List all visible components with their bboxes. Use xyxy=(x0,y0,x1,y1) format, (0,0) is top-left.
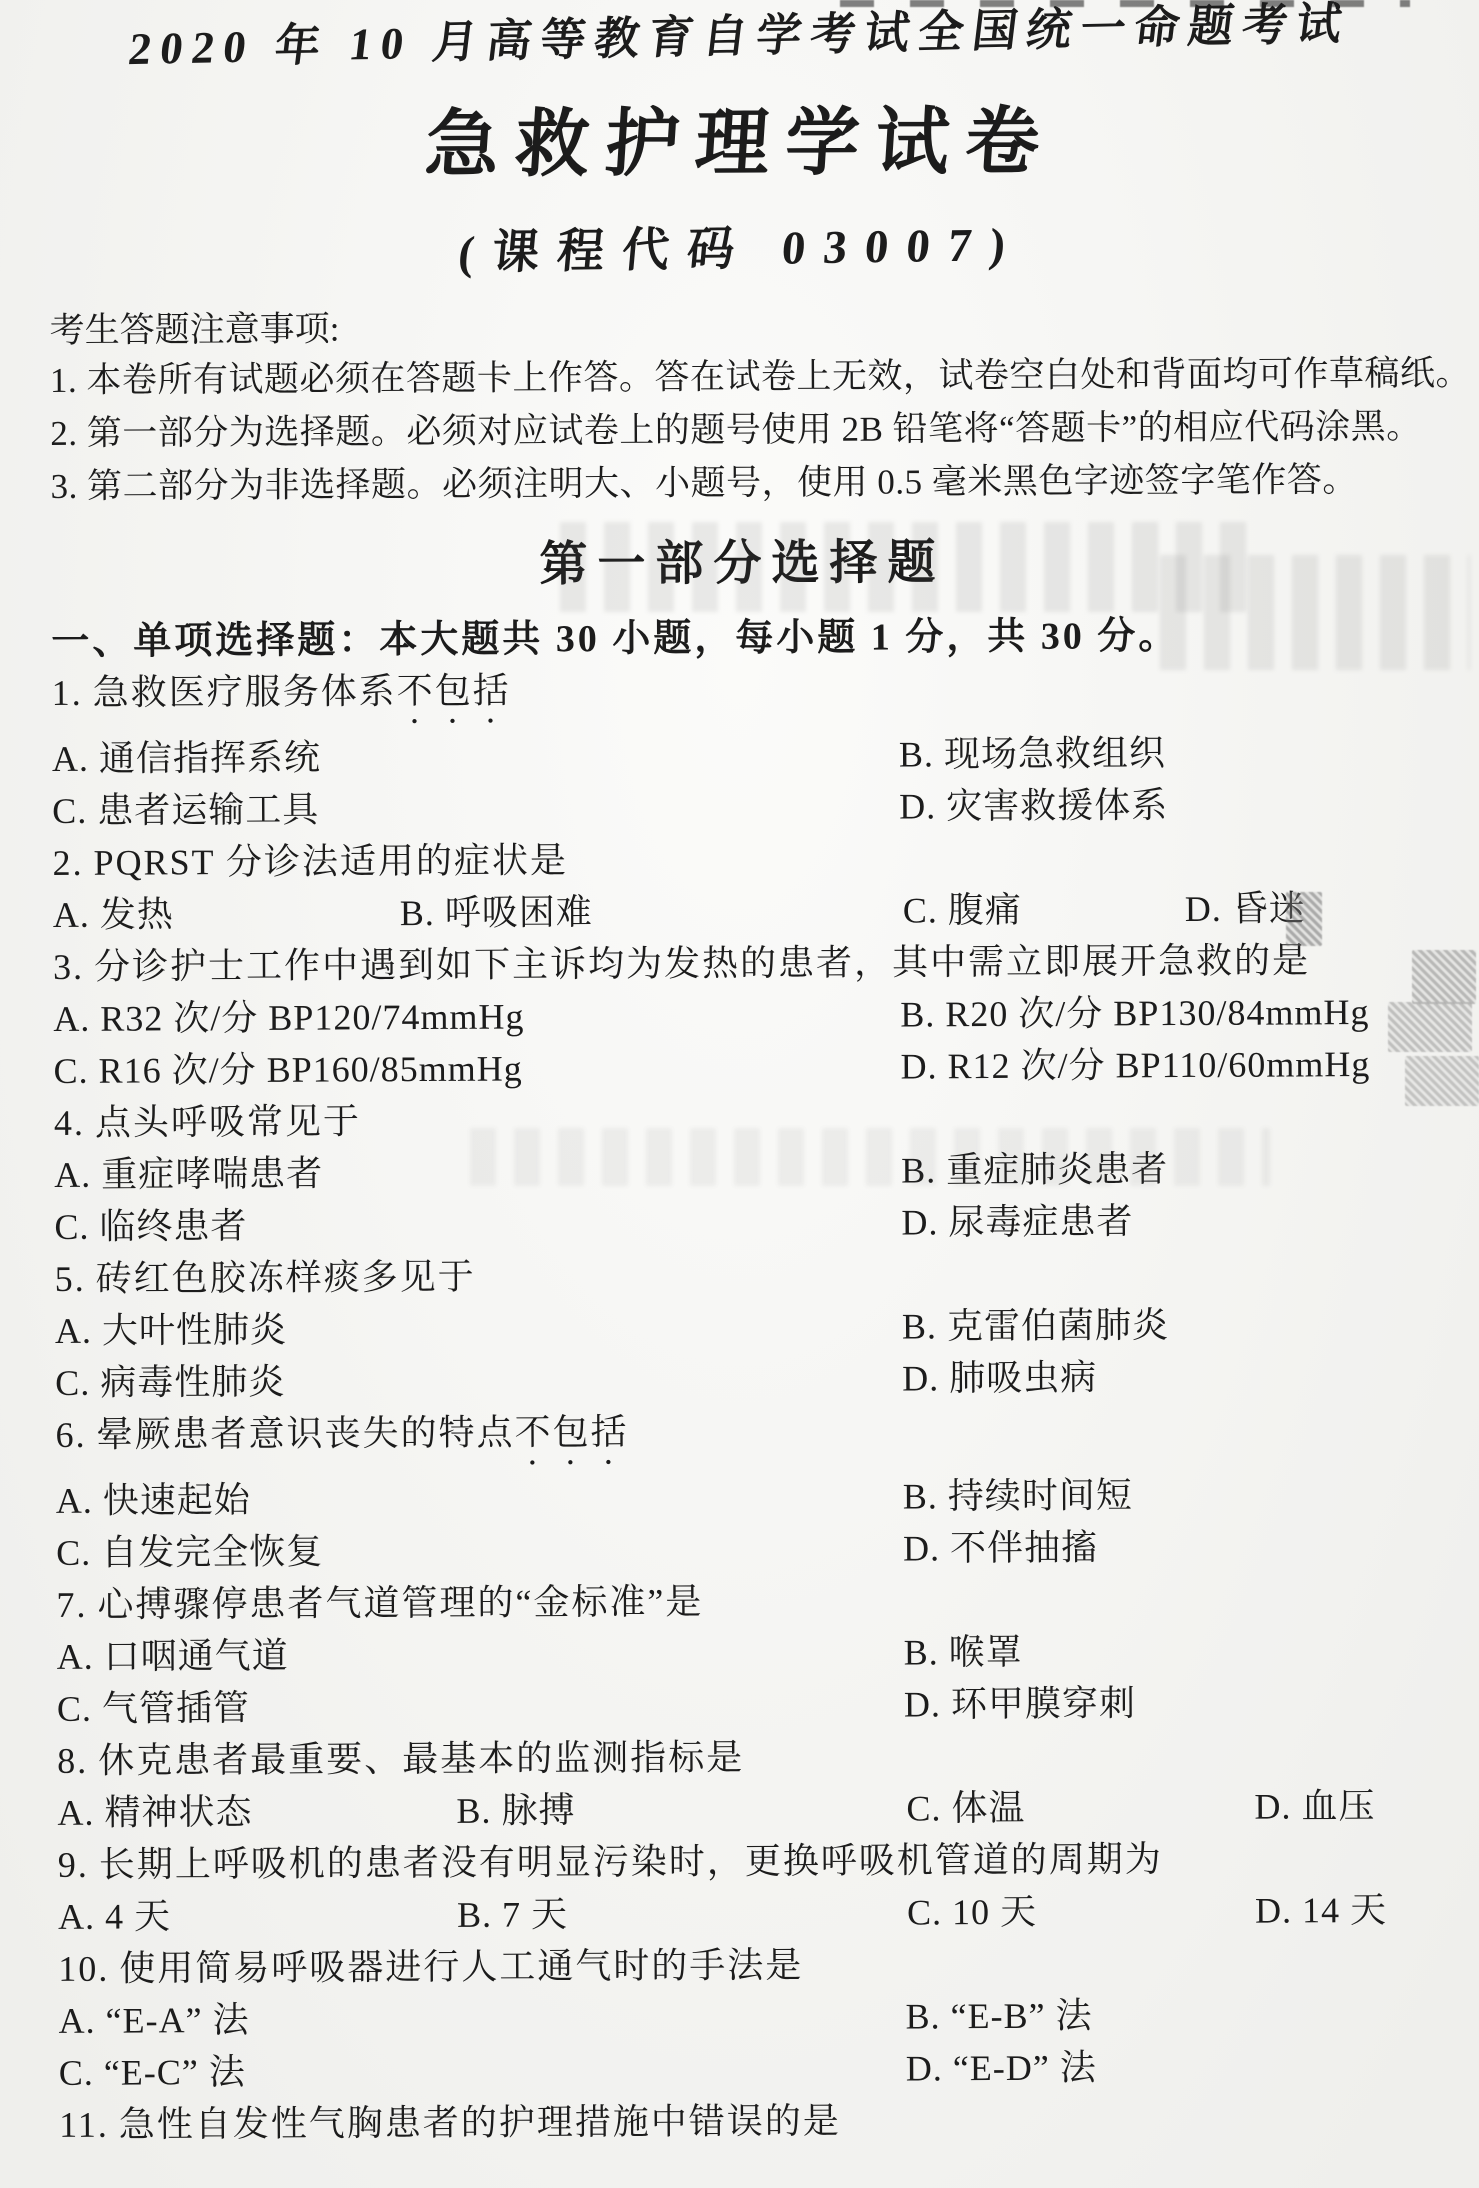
option-text: 精神状态 xyxy=(104,1792,252,1833)
option-a: A.R32 次/分 BP120/74mmHg xyxy=(53,990,524,1044)
question-text-run: PQRST 分诊法适用的症状是 xyxy=(93,840,568,882)
option-text: 自发完全恢复 xyxy=(101,1532,323,1573)
option-a: A.“E-A” 法 xyxy=(58,1994,249,2047)
exam-paper-page: 2020 年 10 月高等教育自学考试全国统一命题考试 急救护理学试卷 (课程代… xyxy=(0,0,1479,2188)
option-text: 昏迷 xyxy=(1232,888,1306,928)
option-label: D. xyxy=(904,1684,941,1724)
option-label: A. xyxy=(54,1155,91,1195)
question-11-text: 11.急性自发性气胸患者的护理措施中错误的是 xyxy=(11,2091,1479,2151)
option-text: 重症哮喘患者 xyxy=(101,1154,323,1195)
option-c: C.病毒性肺炎 xyxy=(55,1356,285,1409)
option-d: D.昏迷 xyxy=(1185,882,1306,935)
question-9-text: 9.长期上呼吸机的患者没有明显污染时，更换呼吸机管道的周期为 xyxy=(10,1831,1479,1891)
option-a: A.大叶性肺炎 xyxy=(55,1304,287,1357)
option-c: C.气管插管 xyxy=(57,1682,250,1735)
question-number: 2. xyxy=(52,843,83,883)
options-row: A.发热B.呼吸困难C.腹痛D.昏迷 xyxy=(5,881,1479,941)
option-text: “E-A” 法 xyxy=(105,2000,249,2041)
option-text: 大叶性肺炎 xyxy=(102,1310,287,1351)
question-number: 11. xyxy=(59,2105,109,2145)
question-text-run: 急救医疗服务体系 xyxy=(93,671,397,713)
option-text: 不伴抽搐 xyxy=(950,1527,1098,1568)
option-text: 腹痛 xyxy=(948,890,1022,930)
question-number: 8. xyxy=(57,1741,88,1781)
option-label: B. xyxy=(901,1150,936,1190)
question-8-text: 8.休克患者最重要、最基本的监测指标是 xyxy=(9,1727,1479,1787)
option-text: 10 天 xyxy=(952,1892,1037,1932)
option-text: 呼吸困难 xyxy=(445,892,593,933)
question-6-text: 6.晕厥患者意识丧失的特点不包括 xyxy=(7,1401,1479,1461)
question-emphasized-run: 不包括 xyxy=(397,671,511,712)
option-label: C. xyxy=(57,1689,92,1729)
option-text: 肺吸虫病 xyxy=(949,1357,1097,1398)
option-label: B. xyxy=(400,893,435,933)
question-3-text: 3.分诊护士工作中遇到如下主诉均为发热的患者，其中需立即展开急救的是 xyxy=(5,933,1479,993)
options-row: C.临终患者D.尿毒症患者 xyxy=(6,1193,1479,1253)
options-row: C.病毒性肺炎D.肺吸虫病 xyxy=(7,1349,1479,1409)
option-b: B.喉罩 xyxy=(904,1626,1023,1679)
option-label: C. xyxy=(903,890,938,930)
notice-item-3: 3. 第二部分为非选择题。必须注明大、小题号，使用 0.5 毫米黑色字迹签字笔作… xyxy=(2,452,1479,513)
option-c: C.R16 次/分 BP160/85mmHg xyxy=(53,1042,522,1096)
option-text: 快速起始 xyxy=(103,1480,251,1521)
option-text: 体温 xyxy=(951,1788,1025,1828)
option-label: C. xyxy=(906,1788,941,1828)
option-label: A. xyxy=(53,999,90,1039)
question-number: 1. xyxy=(52,673,83,713)
option-c: C.患者运输工具 xyxy=(52,784,319,837)
option-text: 患者运输工具 xyxy=(97,790,319,831)
option-text: 气管插管 xyxy=(102,1688,250,1729)
option-b: B.脉搏 xyxy=(456,1784,575,1837)
option-text: 环甲膜穿刺 xyxy=(951,1683,1136,1724)
question-4-text: 4.点头呼吸常见于 xyxy=(6,1089,1479,1149)
option-label: C. xyxy=(59,2053,94,2093)
section-heading: 第一部分选择题 xyxy=(3,533,1479,595)
option-label: B. xyxy=(457,1895,492,1935)
option-text: R32 次/分 BP120/74mmHg xyxy=(100,996,524,1038)
option-b: B.重症肺炎患者 xyxy=(901,1143,1168,1196)
option-label: A. xyxy=(57,1793,94,1833)
option-text: 重症肺炎患者 xyxy=(946,1149,1168,1190)
option-label: C. xyxy=(54,1051,89,1091)
option-c: C.10 天 xyxy=(907,1886,1037,1939)
option-label: A. xyxy=(58,2001,95,2041)
option-text: R16 次/分 BP160/85mmHg xyxy=(99,1048,523,1090)
question-text-run: 急性自发性气胸患者的护理措施中错误的是 xyxy=(119,2101,841,2145)
option-text: “E-B” 法 xyxy=(950,1996,1092,2037)
question-number: 3. xyxy=(53,947,84,987)
option-label: C. xyxy=(907,1892,942,1932)
option-label: C. xyxy=(52,791,87,831)
option-c: C.“E-C” 法 xyxy=(59,2046,246,2099)
option-c: C.自发完全恢复 xyxy=(56,1526,323,1579)
question-text-run: 休克患者最重要、最基本的监测指标是 xyxy=(98,1737,744,1780)
option-label: C. xyxy=(56,1533,91,1573)
option-d: D.“E-D” 法 xyxy=(906,2041,1097,2094)
option-label: B. xyxy=(899,734,934,774)
options-row: C.R16 次/分 BP160/85mmHgD.R12 次/分 BP110/60… xyxy=(5,1037,1479,1097)
option-label: B. xyxy=(902,1306,937,1346)
option-text: 脉搏 xyxy=(501,1790,575,1830)
option-a: A.发热 xyxy=(53,888,174,941)
options-row: A.R32 次/分 BP120/74mmHgB.R20 次/分 BP130/84… xyxy=(5,985,1479,1045)
options-row: A.4 天B.7 天C.10 天D.14 天 xyxy=(10,1883,1479,1943)
option-a: A.快速起始 xyxy=(56,1474,251,1527)
option-a: A.重症哮喘患者 xyxy=(54,1148,323,1201)
option-text: R12 次/分 BP110/60mmHg xyxy=(947,1044,1370,1086)
option-text: 临终患者 xyxy=(99,1206,247,1247)
question-text-run: 使用简易呼吸器进行人工通气时的手法是 xyxy=(119,1945,803,1989)
option-label: D. xyxy=(906,2048,943,2088)
question-number: 5. xyxy=(55,1259,86,1299)
option-c: C.临终患者 xyxy=(54,1200,247,1253)
option-d: D.肺吸虫病 xyxy=(902,1351,1097,1404)
option-b: B.呼吸困难 xyxy=(400,886,593,939)
question-number: 4. xyxy=(54,1103,85,1143)
question-text-run: 砖红色胶冻样痰多见于 xyxy=(96,1257,476,1299)
option-label: B. xyxy=(456,1791,491,1831)
options-row: A.“E-A” 法B.“E-B” 法 xyxy=(10,1987,1479,2047)
option-text: “E-C” 法 xyxy=(104,2052,246,2093)
option-b: B.克雷伯菌肺炎 xyxy=(902,1299,1169,1352)
option-label: D. xyxy=(901,1202,938,1242)
options-row: C.气管插管D.环甲膜穿刺 xyxy=(9,1675,1479,1735)
option-text: 4 天 xyxy=(105,1896,171,1936)
question-number: 10. xyxy=(58,1949,109,1989)
option-label: C. xyxy=(54,1207,89,1247)
option-text: 克雷伯菌肺炎 xyxy=(947,1305,1169,1346)
options-row: C.“E-C” 法D.“E-D” 法 xyxy=(11,2039,1479,2099)
option-a: A.通信指挥系统 xyxy=(52,732,321,785)
question-text-run: 心搏骤停患者气道管理的“金标准”是 xyxy=(97,1582,703,1625)
option-label: D. xyxy=(902,1358,939,1398)
question-5-text: 5.砖红色胶冻样痰多见于 xyxy=(7,1245,1479,1305)
option-b: B.R20 次/分 BP130/84mmHg xyxy=(900,986,1369,1040)
option-text: “E-D” 法 xyxy=(953,2047,1097,2088)
question-number: 6. xyxy=(55,1415,86,1455)
option-d: D.不伴抽搐 xyxy=(903,1521,1098,1574)
option-d: D.灾害救援体系 xyxy=(899,779,1168,832)
option-text: 现场急救组织 xyxy=(944,733,1166,774)
option-label: B. xyxy=(903,1476,938,1516)
option-b: B.“E-B” 法 xyxy=(905,1990,1092,2043)
option-text: 7 天 xyxy=(502,1894,568,1934)
option-b: B.持续时间短 xyxy=(903,1469,1133,1522)
option-text: 通信指挥系统 xyxy=(99,738,321,779)
options-row: A.大叶性肺炎B.克雷伯菌肺炎 xyxy=(7,1297,1479,1357)
notice-item-1: 1. 本卷所有试题必须在答题卡上作答。答在试卷上无效，试卷空白处和背面均可作草稿… xyxy=(2,346,1479,407)
exam-session-title: 2020 年 10 月高等教育自学考试全国统一命题考试 xyxy=(0,0,1479,76)
question-emphasized-run: 不包括 xyxy=(514,1412,628,1453)
question-number: 7. xyxy=(56,1585,87,1625)
option-label: A. xyxy=(57,1637,94,1677)
option-label: B. xyxy=(905,1996,940,2036)
question-text-run: 长期上呼吸机的患者没有明显污染时，更换呼吸机管道的周期为 xyxy=(99,1839,1163,1885)
exam-subject-title: 急救护理学试卷 xyxy=(0,98,1479,190)
option-text: R20 次/分 BP130/84mmHg xyxy=(945,992,1369,1034)
option-label: B. xyxy=(900,994,935,1034)
notice-heading: 考生答题注意事项: xyxy=(2,300,1479,354)
section-intro: 一、单项选择题：本大题共 30 小题，每小题 1 分，共 30 分。 xyxy=(3,609,1479,667)
option-label: A. xyxy=(56,1481,93,1521)
question-1-text: 1.急救医疗服务体系不包括 xyxy=(3,659,1479,719)
option-label: D. xyxy=(1185,889,1222,929)
option-label: A. xyxy=(55,1311,92,1351)
options-row: C.患者运输工具D.灾害救援体系 xyxy=(4,777,1479,837)
question-number: 9. xyxy=(58,1845,89,1885)
options-row: A.精神状态B.脉搏C.体温D.血压 xyxy=(9,1779,1479,1839)
option-c: C.腹痛 xyxy=(903,884,1022,937)
option-d: D.R12 次/分 BP110/60mmHg xyxy=(900,1038,1370,1092)
question-10-text: 10.使用简易呼吸器进行人工通气时的手法是 xyxy=(10,1935,1479,1995)
question-text-run: 点头呼吸常见于 xyxy=(95,1101,361,1142)
option-label: A. xyxy=(52,739,89,779)
exam-paper-content: 2020 年 10 月高等教育自学考试全国统一命题考试 急救护理学试卷 (课程代… xyxy=(0,0,1479,2151)
option-text: 尿毒症患者 xyxy=(948,1201,1133,1242)
option-label: D. xyxy=(899,786,936,826)
option-d: D.环甲膜穿刺 xyxy=(904,1677,1136,1730)
question-list: 1.急救医疗服务体系不包括A.通信指挥系统B.现场急救组织C.患者运输工具D.灾… xyxy=(3,659,1479,2151)
option-text: 14 天 xyxy=(1302,1890,1387,1930)
option-text: 口咽通气道 xyxy=(104,1636,289,1677)
question-7-text: 7.心搏骤停患者气道管理的“金标准”是 xyxy=(8,1571,1479,1631)
option-label: A. xyxy=(58,1897,95,1937)
option-label: D. xyxy=(1254,1786,1291,1826)
option-c: C.体温 xyxy=(906,1782,1025,1835)
question-text-run: 分诊护士工作中遇到如下主诉均为发热的患者，其中需立即展开急救的是 xyxy=(94,940,1310,986)
option-a: A.4 天 xyxy=(58,1890,171,1943)
option-text: 病毒性肺炎 xyxy=(100,1362,285,1403)
notice-item-2: 2. 第一部分为选择题。必须对应试卷上的题号使用 2B 铅笔将“答题卡”的相应代… xyxy=(2,399,1479,460)
option-a: A.口咽通气道 xyxy=(57,1630,289,1683)
option-label: B. xyxy=(904,1632,939,1672)
option-d: D.血压 xyxy=(1254,1780,1375,1833)
option-text: 灾害救援体系 xyxy=(946,785,1168,826)
option-b: B.7 天 xyxy=(457,1888,568,1941)
option-text: 发热 xyxy=(100,894,174,934)
options-row: A.口咽通气道B.喉罩 xyxy=(9,1623,1479,1683)
options-row: A.快速起始B.持续时间短 xyxy=(8,1467,1479,1527)
option-d: D.尿毒症患者 xyxy=(901,1195,1133,1248)
option-label: C. xyxy=(55,1363,90,1403)
option-text: 喉罩 xyxy=(949,1632,1023,1672)
option-label: D. xyxy=(903,1528,940,1568)
option-label: D. xyxy=(1255,1890,1292,1930)
option-d: D.14 天 xyxy=(1255,1884,1387,1937)
question-2-text: 2.PQRST 分诊法适用的症状是 xyxy=(4,829,1479,889)
options-row: C.自发完全恢复D.不伴抽搐 xyxy=(8,1519,1479,1579)
option-text: 血压 xyxy=(1301,1786,1375,1826)
options-row: A.通信指挥系统B.现场急救组织 xyxy=(4,725,1479,785)
option-a: A.精神状态 xyxy=(57,1786,252,1839)
option-b: B.现场急救组织 xyxy=(899,727,1166,780)
option-text: 持续时间短 xyxy=(948,1475,1133,1516)
question-text-run: 晕厥患者意识丧失的特点 xyxy=(96,1413,514,1455)
options-row: A.重症哮喘患者B.重症肺炎患者 xyxy=(6,1141,1479,1201)
option-label: A. xyxy=(53,895,90,935)
option-label: D. xyxy=(900,1046,937,1086)
course-code: (课程代码 03007) xyxy=(0,213,1479,286)
